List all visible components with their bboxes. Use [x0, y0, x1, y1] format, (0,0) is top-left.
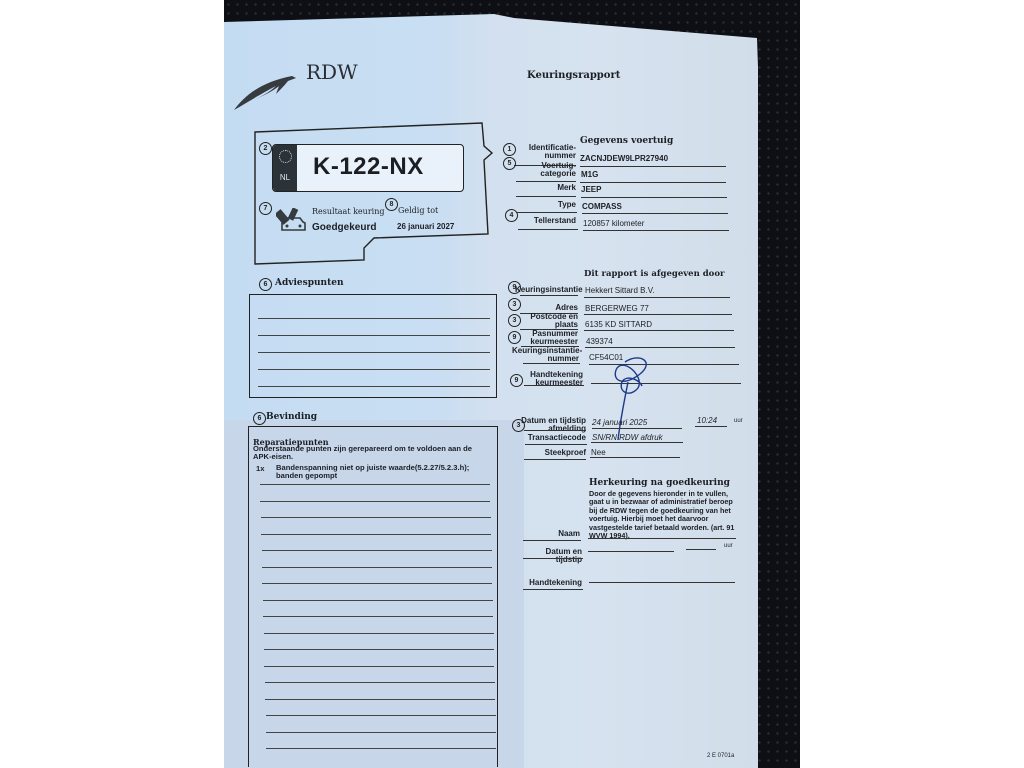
signature-label: Handtekening: [520, 579, 582, 587]
signature-input-line: [589, 582, 735, 583]
field-label: Keuringsinstantie-nummer: [512, 347, 579, 363]
advice-heading: Adviespunten: [275, 278, 344, 288]
inspection-station-value: Hekkert Sittard B.V.: [585, 286, 655, 295]
field-number-badge: 7: [259, 202, 272, 215]
time-unit: uur: [724, 543, 733, 549]
advice-box: [249, 294, 497, 398]
plate-registration: K-122-NX: [313, 153, 424, 181]
time-unit: uur: [734, 418, 743, 424]
reinspection-text: Door de gegevens hieronder in te vullen,…: [589, 490, 737, 540]
advice-line: [258, 386, 490, 387]
form-code: 2 E 0701a: [707, 753, 734, 759]
type-value: COMPASS: [582, 202, 622, 211]
registration-time: 10:24: [697, 416, 717, 425]
findings-line: [260, 484, 490, 485]
findings-line: [264, 649, 494, 650]
valid-until-value: 26 januari 2027: [397, 222, 454, 231]
eu-stars-icon: [279, 150, 292, 163]
transaction-code: SN/RN RDW afdruk: [592, 433, 663, 442]
findings-line: [266, 748, 496, 749]
findings-line: [261, 534, 491, 535]
category-value: M1G: [581, 170, 598, 179]
field-label: Identificatie-nummer: [510, 144, 576, 160]
vin-value: ZACNJDEW9LPR27940: [580, 154, 668, 163]
date-input-line: [588, 551, 674, 552]
advice-line: [258, 369, 490, 370]
field-label: Keuringsinstantie: [515, 286, 578, 294]
datetime-label: Datum en tijdstip: [520, 548, 582, 564]
license-plate: NL K-122-NX: [272, 144, 464, 192]
repair-qty: 1x: [256, 464, 264, 473]
plate-country-code: NL: [273, 173, 297, 182]
field-label: Type: [510, 201, 576, 209]
registration-date: 24 januari 2025: [592, 418, 647, 427]
time-input-line: [686, 549, 716, 550]
result-value: Goedgekeurd: [312, 222, 376, 233]
findings-heading: Bevinding: [266, 412, 317, 422]
repair-intro: Onderstaande punten zijn gerepareerd om …: [253, 445, 489, 462]
findings-line: [266, 732, 496, 733]
findings-line: [265, 682, 495, 683]
findings-line: [262, 567, 492, 568]
inspector-pass-value: 439374: [586, 337, 613, 346]
field-number-badge: 6: [253, 412, 266, 425]
advice-line: [258, 335, 490, 336]
findings-line: [262, 550, 492, 551]
field-label: Tellerstand: [510, 217, 576, 225]
findings-line: [263, 616, 493, 617]
field-label: Steekproef: [518, 449, 586, 457]
plate-country-strip: NL: [273, 145, 297, 191]
field-label: Adres: [515, 304, 578, 312]
brand-name: RDW: [306, 60, 358, 84]
reinspection-heading: Herkeuring na goedkeuring: [589, 478, 730, 488]
address-value: BERGERWEG 77: [585, 304, 649, 313]
issued-by-heading: Dit rapport is afgegeven door: [584, 269, 724, 279]
advice-line: [258, 318, 490, 319]
field-number-badge: 6: [259, 278, 272, 291]
field-label: Postcode enplaats: [515, 313, 578, 329]
field-number-badge: 8: [385, 198, 398, 211]
findings-line: [264, 633, 494, 634]
field-label: Pasnummerkeurmeester: [515, 330, 578, 346]
findings-line: [261, 517, 491, 518]
car-approved-icon: [276, 208, 308, 234]
result-label: Resultaat keuring: [312, 207, 384, 216]
document-title: Keuringsrapport: [527, 70, 620, 81]
findings-line: [265, 699, 495, 700]
findings-line: [266, 715, 496, 716]
name-input-line: [588, 538, 736, 539]
vehicle-card-frame: [252, 120, 497, 268]
field-label: Voertuig-categorie: [510, 162, 576, 178]
repair-item: Bandenspanning niet op juiste waarde(5.2…: [276, 464, 469, 481]
vehicle-data-heading: Gegevens voertuig: [580, 136, 673, 146]
advice-line: [258, 352, 490, 353]
field-number-badge: 2: [259, 142, 272, 155]
postcode-city-value: 6135 KD SITTARD: [585, 320, 652, 329]
odometer-value: 120857 kilometer: [583, 219, 644, 228]
field-label: Merk: [510, 184, 576, 192]
findings-line: [262, 583, 492, 584]
findings-line: [264, 666, 494, 667]
valid-until-label: Geldig tot: [398, 206, 438, 215]
rdw-feather-logo-icon: [232, 72, 298, 112]
findings-line: [260, 501, 490, 502]
findings-line: [263, 600, 493, 601]
name-label: Naam: [520, 530, 580, 538]
field-label: Transactiecode: [518, 434, 586, 442]
brand-value: JEEP: [581, 185, 601, 194]
sample-value: Nee: [591, 448, 606, 457]
